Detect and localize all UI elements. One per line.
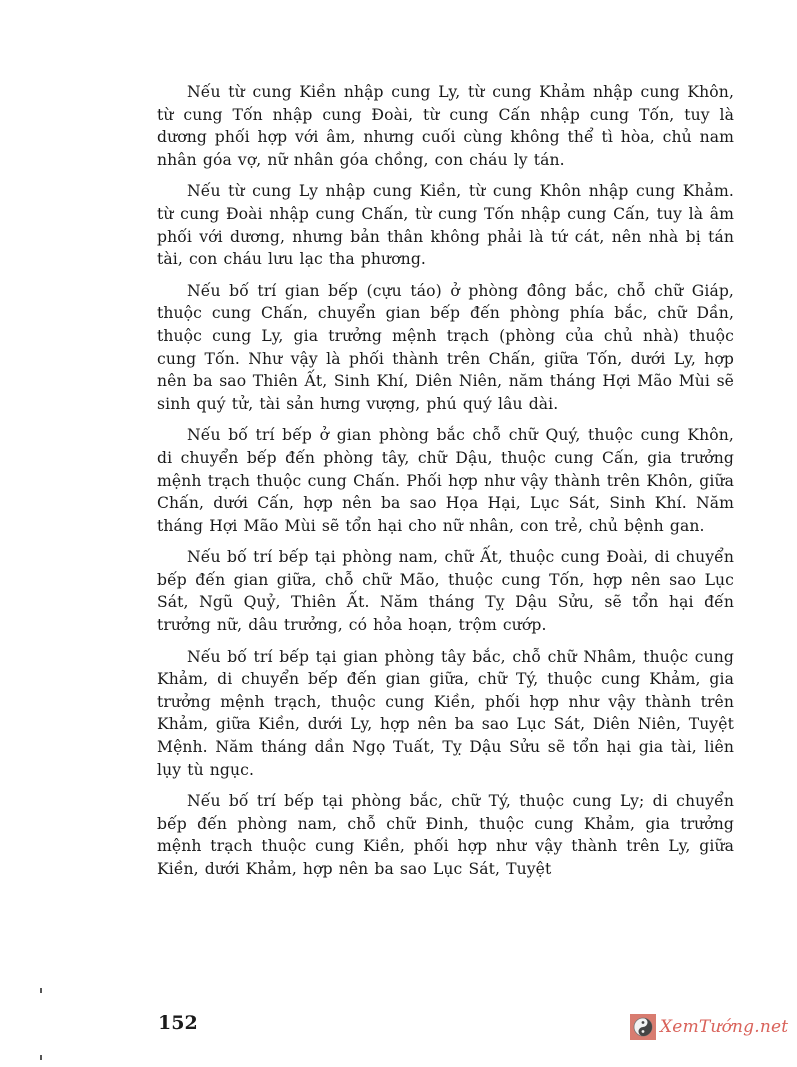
paragraph: Nếu bố trí gian bếp (cựu táo) ở phòng đô… — [157, 280, 734, 416]
page-body: Nếu từ cung Kiền nhập cung Ly, từ cung K… — [157, 81, 734, 890]
page-number: 152 — [158, 1012, 198, 1034]
margin-mark — [40, 1055, 42, 1060]
margin-mark — [40, 988, 42, 993]
watermark: XemTướng.net — [630, 1014, 788, 1040]
paragraph: Nếu từ cung Ly nhập cung Kiền, từ cung K… — [157, 180, 734, 270]
paragraph: Nếu bố trí bếp tại phòng nam, chữ Ất, th… — [157, 546, 734, 636]
paragraph: Nếu bố trí bếp ở gian phòng bắc chỗ chữ … — [157, 424, 734, 537]
watermark-text: XemTướng.net — [660, 1017, 788, 1037]
paragraph: Nếu từ cung Kiền nhập cung Ly, từ cung K… — [157, 81, 734, 171]
paragraph: Nếu bố trí bếp tại gian phòng tây bắc, c… — [157, 646, 734, 782]
paragraph: Nếu bố trí bếp tại phòng bắc, chữ Tý, th… — [157, 790, 734, 880]
yin-yang-icon — [630, 1014, 656, 1040]
